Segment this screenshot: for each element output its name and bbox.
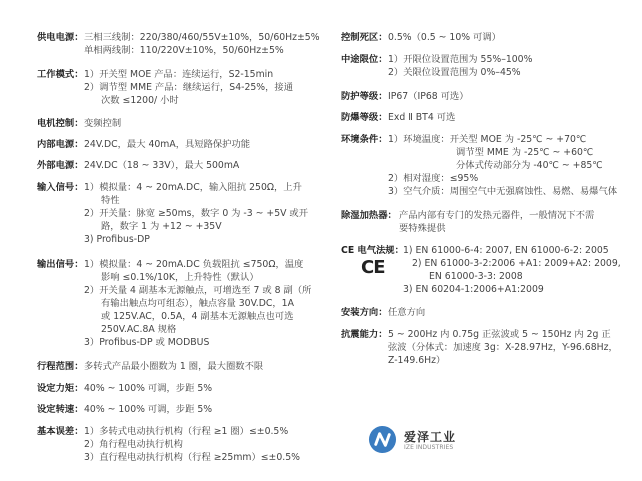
ize-logo-icon bbox=[368, 425, 397, 454]
ce-mark-icon: CE bbox=[361, 261, 385, 274]
company-logo: 爱泽工业 IZE INDUSTRIES bbox=[368, 425, 488, 461]
spec-label: 供电电源： bbox=[37, 31, 84, 44]
logo-name-en: IZE INDUSTRIES bbox=[404, 444, 453, 451]
logo-name-cn: 爱泽工业 bbox=[404, 428, 456, 445]
